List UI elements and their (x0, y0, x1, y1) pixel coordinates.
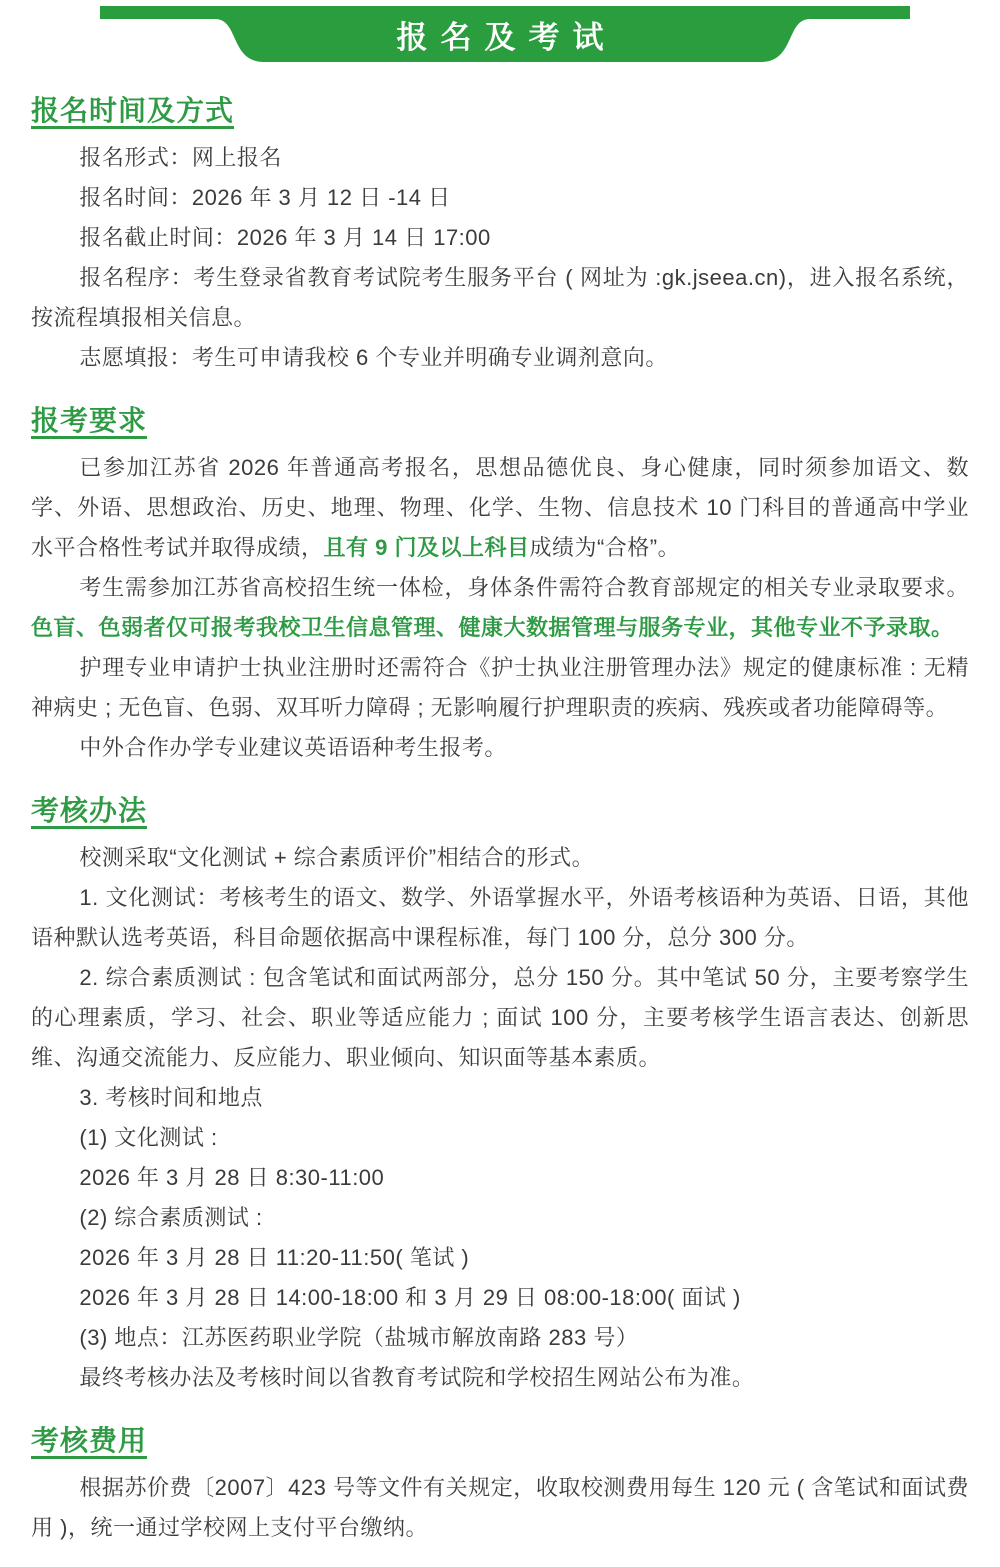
paragraph: 2026 年 3 月 28 日 14:00-18:00 和 3 月 29 日 0… (31, 1278, 969, 1318)
paragraph: 报名截止时间：2026 年 3 月 14 日 17:00 (31, 218, 969, 258)
paragraph: 报名程序：考生登录省教育考试院考生服务平台 ( 网址为 :gk.jseea.cn… (31, 258, 969, 338)
highlight-text: 色盲、色弱者仅可报考我校卫生信息管理、健康大数据管理与服务专业，其他专业不予录取… (31, 615, 954, 640)
section-heading: 考核办法 (31, 793, 969, 829)
notice-page: 报名及考试 报名时间及方式 报名形式：网上报名 报名时间：2026 年 3 月 … (0, 0, 1000, 1567)
paragraph: 根据苏价费〔2007〕423 号等文件有关规定，收取校测费用每生 120 元 (… (31, 1468, 969, 1548)
page-title: 报名及考试 (0, 21, 1000, 55)
section-requirements: 报考要求 已参加江苏省 2026 年普通高考报名，思想品德优良、身心健康，同时须… (31, 403, 969, 768)
section-heading: 报名时间及方式 (31, 93, 969, 129)
paragraph: 3. 考核时间和地点 (31, 1078, 969, 1118)
paragraph: 报名时间：2026 年 3 月 12 日 -14 日 (31, 178, 969, 218)
section-fees: 考核费用 根据苏价费〔2007〕423 号等文件有关规定，收取校测费用每生 12… (31, 1423, 969, 1548)
paragraph: 已参加江苏省 2026 年普通高考报名，思想品德优良、身心健康，同时须参加语文、… (31, 448, 969, 568)
paragraph-text: 成绩为“合格”。 (529, 535, 680, 560)
section-heading: 考核费用 (31, 1423, 969, 1459)
paragraph: 2. 综合素质测试 : 包含笔试和面试两部分，总分 150 分。其中笔试 50 … (31, 958, 969, 1078)
paragraph: (2) 综合素质测试 : (31, 1198, 969, 1238)
paragraph: 校测采取“文化测试 + 综合素质评价”相结合的形式。 (31, 838, 969, 878)
paragraph: 考生需参加江苏省高校招生统一体检，身体条件需符合教育部规定的相关专业录取要求。色… (31, 568, 969, 648)
banner: 报名及考试 (0, 0, 1000, 66)
paragraph: 1. 文化测试：考核考生的语文、数学、外语掌握水平，外语考核语种为英语、日语，其… (31, 878, 969, 958)
paragraph: 护理专业申请护士执业注册时还需符合《护士执业注册管理办法》规定的健康标准 : 无… (31, 648, 969, 728)
paragraph: 报名形式：网上报名 (31, 138, 969, 178)
paragraph: (3) 地点：江苏医药职业学院（盐城市解放南路 283 号） (31, 1318, 969, 1358)
paragraph: 最终考核办法及考核时间以省教育考试院和学校招生网站公布为准。 (31, 1358, 969, 1398)
content: 报名时间及方式 报名形式：网上报名 报名时间：2026 年 3 月 12 日 -… (0, 66, 1000, 1548)
paragraph-text: 考生需参加江苏省高校招生统一体检，身体条件需符合教育部规定的相关专业录取要求。 (79, 575, 969, 600)
highlight-text: 且有 9 门及以上科目 (324, 535, 530, 560)
paragraph: 2026 年 3 月 28 日 8:30-11:00 (31, 1158, 969, 1198)
section-registration-time: 报名时间及方式 报名形式：网上报名 报名时间：2026 年 3 月 12 日 -… (31, 93, 969, 378)
paragraph: 2026 年 3 月 28 日 11:20-11:50( 笔试 ) (31, 1238, 969, 1278)
section-assessment-method: 考核办法 校测采取“文化测试 + 综合素质评价”相结合的形式。 1. 文化测试：… (31, 793, 969, 1398)
paragraph: 中外合作办学专业建议英语语种考生报考。 (31, 728, 969, 768)
paragraph: 志愿填报：考生可申请我校 6 个专业并明确专业调剂意向。 (31, 338, 969, 378)
paragraph: (1) 文化测试 : (31, 1118, 969, 1158)
section-heading: 报考要求 (31, 403, 969, 439)
